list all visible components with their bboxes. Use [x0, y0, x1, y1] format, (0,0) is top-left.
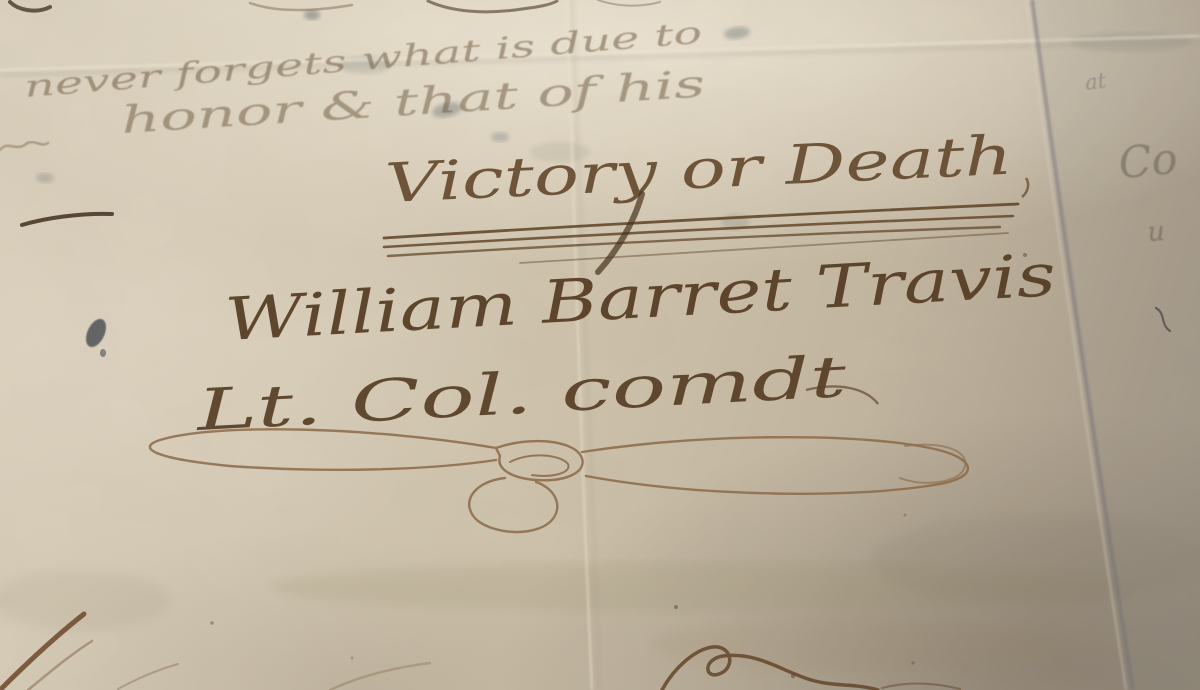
photo-grain-overlay	[0, 0, 1200, 690]
letter-canvas: never forgets what is due to honor & tha…	[0, 0, 1200, 690]
handwritten-letter-photo: never forgets what is due to honor & tha…	[0, 0, 1200, 690]
